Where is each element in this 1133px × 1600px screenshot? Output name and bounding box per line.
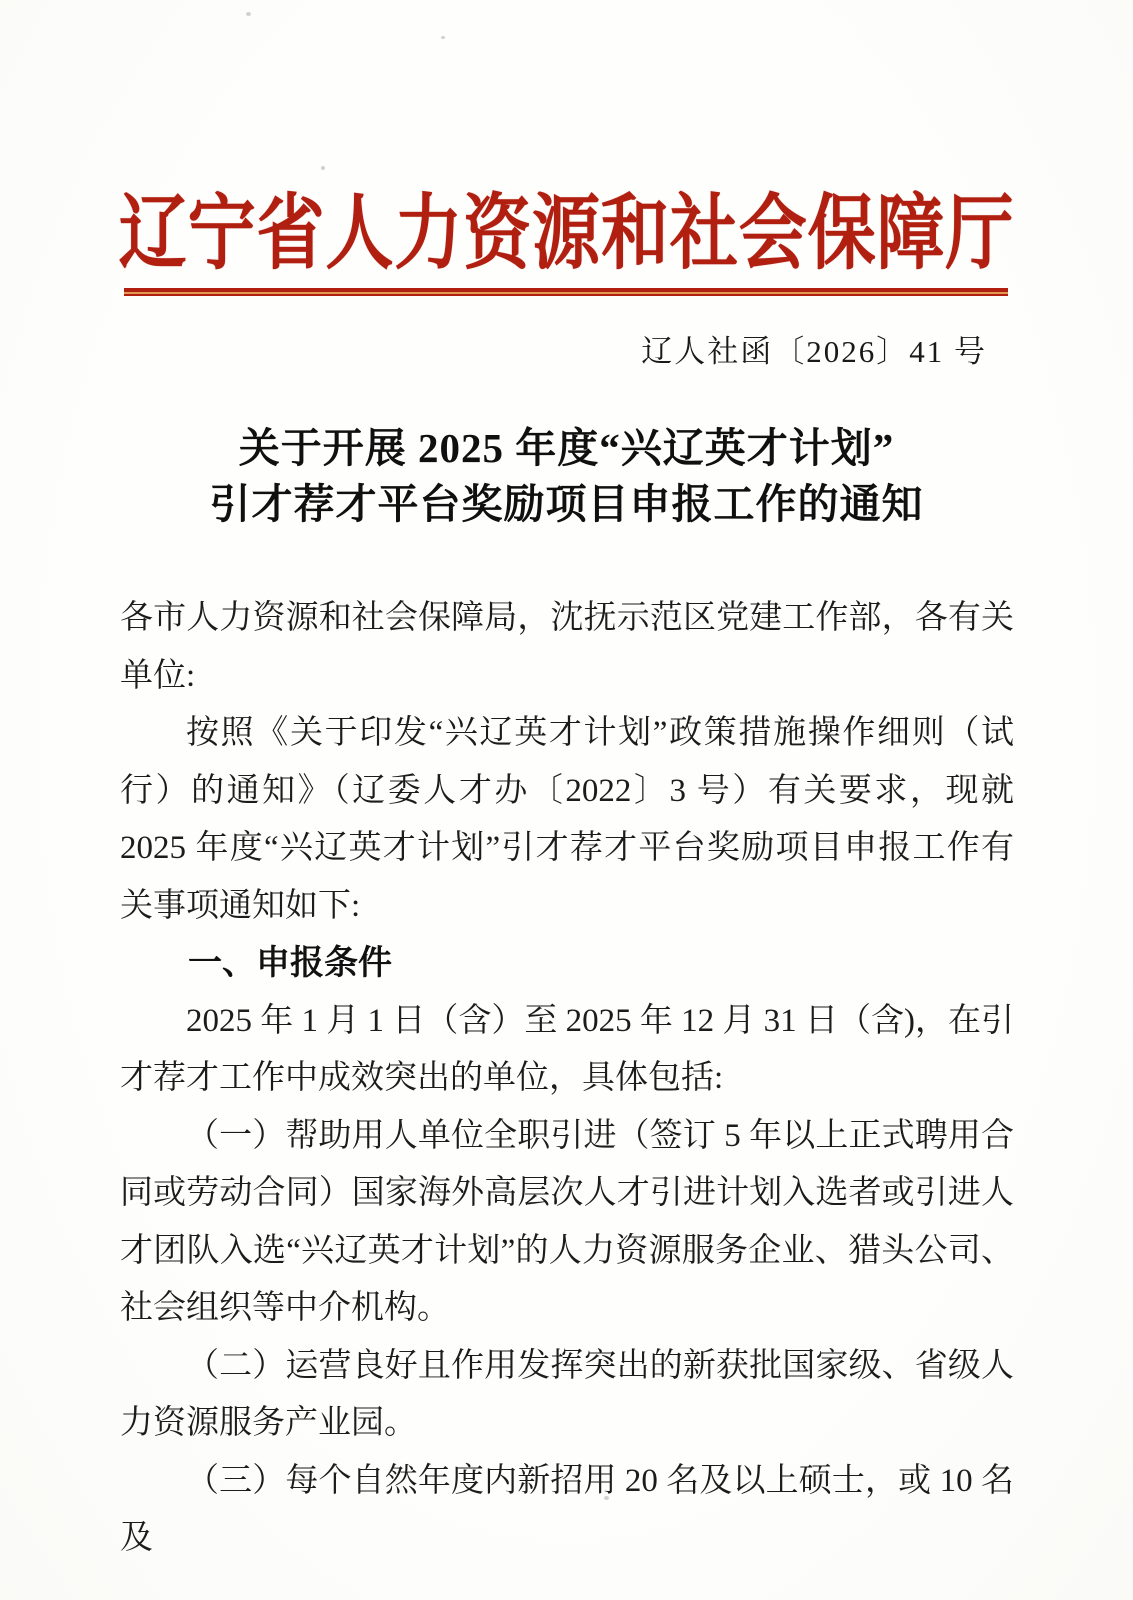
scan-speck — [604, 1496, 609, 1500]
scan-speck — [246, 12, 251, 16]
document-body: 各市人力资源和社会保障局，沈抚示范区党建工作部，各有关单位:按照《关于印发“兴辽… — [120, 590, 1014, 1568]
paragraph-indent: （三）每个自然年度内新招用 20 名及以上硕士，或 10 名及 — [120, 1453, 1014, 1568]
paragraph-indent: 按照《关于印发“兴辽英才计划”政策措施操作细则（试行）的通知》（辽委人才办〔20… — [120, 705, 1014, 935]
paragraph-heading: 一、申报条件 — [120, 935, 1014, 993]
paragraph-indent: 2025 年 1 月 1 日（含）至 2025 年 12 月 31 日（含)，在… — [120, 993, 1014, 1108]
doc-number: 辽人社函〔2026〕41 号 — [641, 326, 987, 371]
paragraph-salutation: 各市人力资源和社会保障局，沈抚示范区党建工作部，各有关单位: — [120, 590, 1014, 705]
scan-speck — [441, 36, 445, 39]
paragraph-indent: （一）帮助用人单位全职引进（签订 5 年以上正式聘用合同或劳动合同）国家海外高层… — [120, 1108, 1014, 1338]
document-title-line1: 关于开展 2025 年度“兴辽英才计划” — [0, 420, 1133, 476]
document-title: 关于开展 2025 年度“兴辽英才计划” 引才荐才平台奖励项目申报工作的通知 — [0, 420, 1133, 532]
document-page: 辽宁省人力资源和社会保障厅 辽人社函〔2026〕41 号 关于开展 2025 年… — [0, 0, 1133, 1600]
letterhead: 辽宁省人力资源和社会保障厅 — [0, 168, 1133, 285]
letterhead-divider — [124, 288, 1008, 296]
letterhead-org-name: 辽宁省人力资源和社会保障厅 — [119, 168, 1015, 285]
paragraph-indent: （二）运营良好且作用发挥突出的新获批国家级、省级人力资源服务产业园。 — [120, 1338, 1014, 1453]
document-title-line2: 引才荐才平台奖励项目申报工作的通知 — [0, 476, 1133, 532]
divider-stripe-thin — [124, 294, 1008, 296]
scan-speck — [321, 166, 325, 170]
